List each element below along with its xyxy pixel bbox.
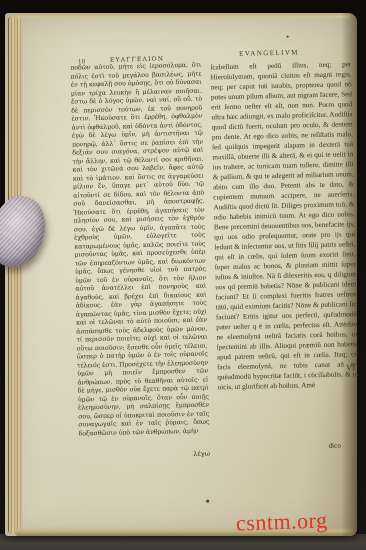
- latin-running-title: EVANGELIVM: [236, 48, 302, 57]
- paper-speck: [206, 500, 209, 503]
- greek-catchword: λέγω: [79, 450, 210, 461]
- paper-speck: [287, 36, 289, 38]
- greek-text-column: ποδῶν αὐτοῦ, μήτε εἰς ἱεροσόλυμα, ὅτι πό…: [70, 62, 210, 452]
- latin-catchword: dico: [219, 442, 341, 453]
- latin-text-column: ſcabellum eſt pedū illius, neq; per Hier…: [210, 59, 360, 443]
- book-page: 10 ΕΥΑΓΓΕΛΙΟΝ EVANGELIVM ποδῶν αὐτοῦ, μή…: [5, 13, 357, 536]
- page-text-block: 10 ΕΥΑΓΓΕΛΙΟΝ EVANGELIVM ποδῶν αὐτοῦ, μή…: [0, 9, 363, 540]
- watermark: csntm.org: [236, 507, 328, 536]
- chapter-numeral: VI: [346, 363, 356, 372]
- photo-background: 10 ΕΥΑΓΓΕΛΙΟΝ EVANGELIVM ποδῶν αὐτοῦ, μή…: [0, 0, 366, 550]
